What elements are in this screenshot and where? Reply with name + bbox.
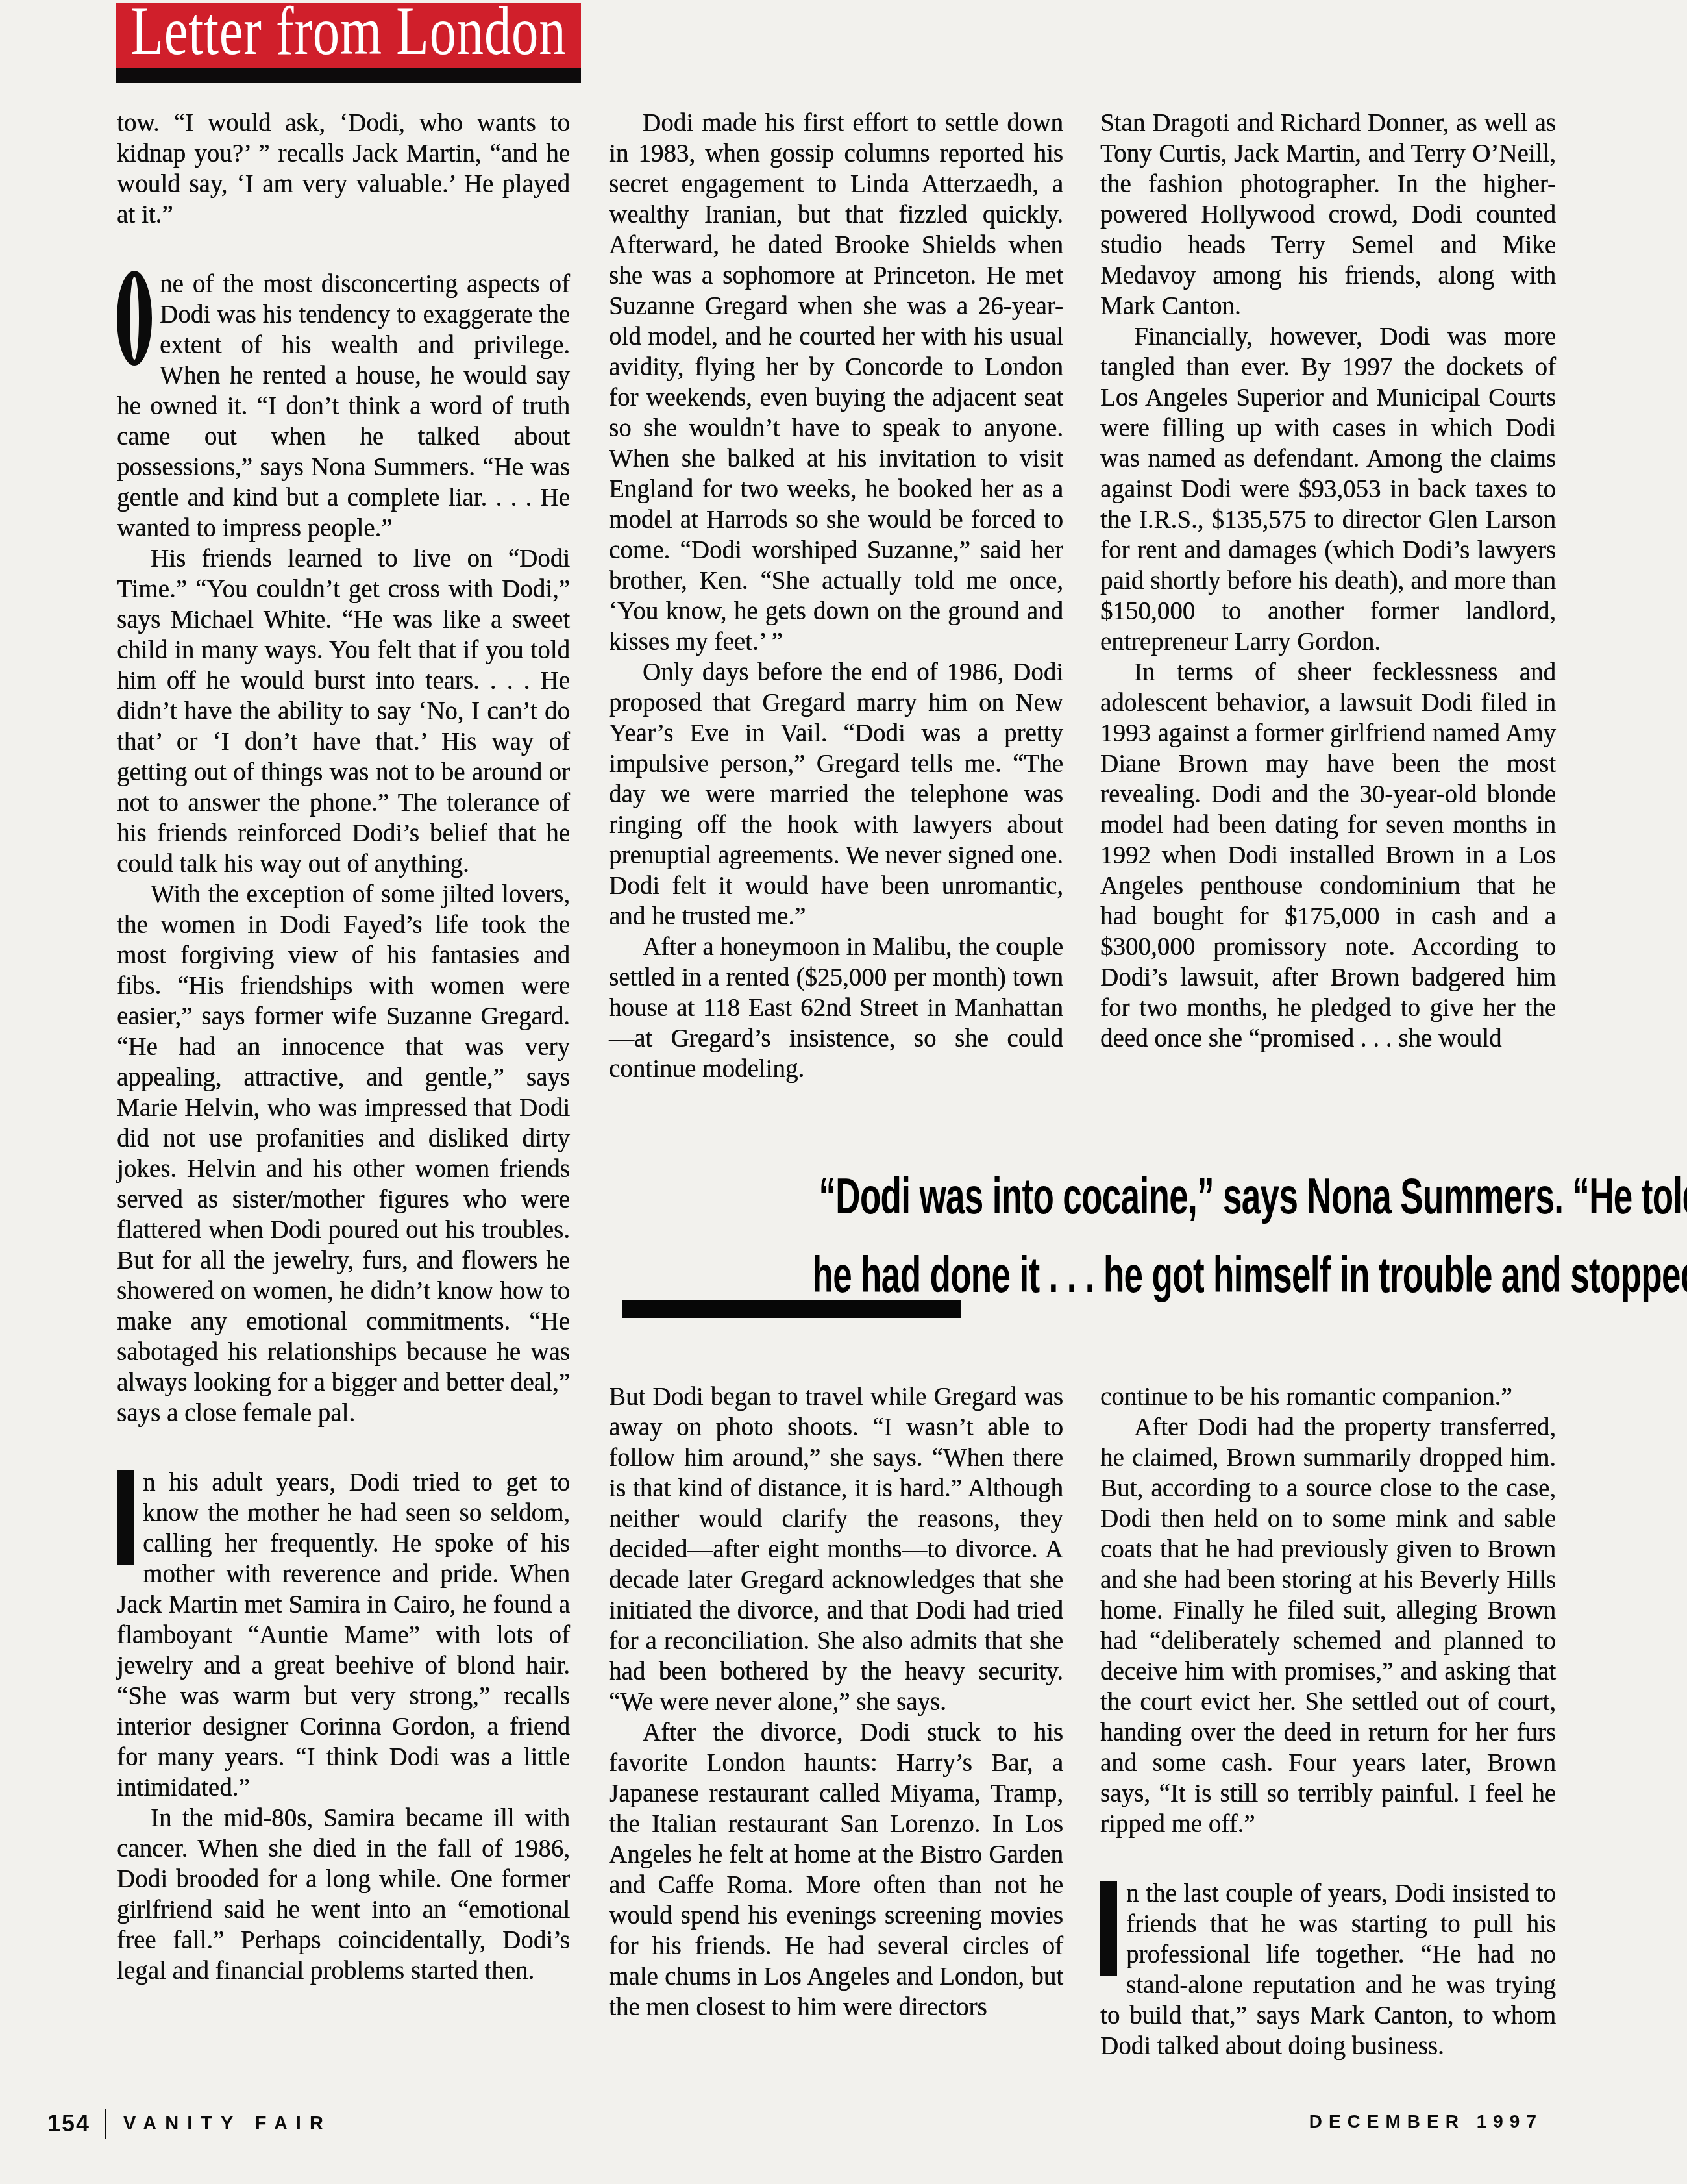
text-column-2-bottom: But Dodi began to travel while Gregard w…: [609, 1382, 1063, 2022]
paragraph: But Dodi began to travel while Gregard w…: [609, 1382, 1063, 1717]
magazine-name: VANITY FAIR: [123, 2113, 332, 2135]
paragraph: Financially, however, Dodi was more tang…: [1100, 321, 1556, 657]
paragraph: With the exception of some jilted lovers…: [117, 879, 570, 1428]
paragraph: After a honeymoon in Malibu, the couple …: [609, 932, 1063, 1084]
text-column-3-top: Stan Dragoti and Richard Donner, as well…: [1100, 108, 1556, 1054]
section-banner-red-box: Letter from London: [116, 3, 581, 68]
paragraph: tow. “I would ask, ‘Dodi, who wants to k…: [117, 108, 570, 230]
paragraph: Dodi made his first effort to settle dow…: [609, 108, 1063, 657]
text-column-2-top: Dodi made his first effort to settle dow…: [609, 108, 1063, 1084]
dropcap-letter-i: I: [117, 1470, 134, 1565]
paragraph: continue to be his romantic companion.”: [1100, 1382, 1556, 1412]
pull-quote: “Dodi was into cocaine,” says Nona Summe…: [597, 1164, 1571, 1321]
issue-date: DECEMBER 1997: [1309, 2111, 1543, 2132]
paragraph: In the mid-80s, Samira became ill with c…: [117, 1803, 570, 1986]
paragraph: After Dodi had the property transferred,…: [1100, 1412, 1556, 1839]
dropcap-letter-o: O: [117, 271, 152, 366]
paragraph: In terms of sheer fecklessness and adole…: [1100, 657, 1556, 1054]
magazine-page: Letter from London tow. “I would ask, ‘D…: [0, 0, 1687, 2184]
dropcap-letter-i: I: [1100, 1881, 1117, 1976]
paragraph-text: ne of the most disconcerting aspects of …: [117, 270, 570, 542]
paragraph-dropcap: In the last couple of years, Dodi insist…: [1100, 1878, 1556, 2061]
paragraph: After the divorce, Dodi stuck to his fav…: [609, 1717, 1063, 2022]
text-column-1: tow. “I would ask, ‘Dodi, who wants to k…: [117, 108, 570, 1986]
paragraph: Stan Dragoti and Richard Donner, as well…: [1100, 108, 1556, 321]
footer-divider: [105, 2109, 106, 2139]
paragraph-dropcap: In his adult years, Dodi tried to get to…: [117, 1467, 570, 1803]
section-title: Letter from London: [131, 3, 567, 68]
footer-left: 154 VANITY FAIR: [47, 2109, 332, 2139]
paragraph-dropcap: One of the most disconcerting aspects of…: [117, 269, 570, 543]
pull-quote-rule: [622, 1300, 961, 1318]
section-banner-black-rule: [116, 68, 581, 83]
section-banner: Letter from London: [116, 3, 581, 83]
paragraph: His friends learned to live on “Dodi Tim…: [117, 543, 570, 879]
page-number: 154: [47, 2110, 90, 2137]
paragraph: Only days before the end of 1986, Dodi p…: [609, 657, 1063, 932]
pull-quote-line-1: “Dodi was into cocaine,” says Nona Summe…: [597, 1164, 1571, 1243]
paragraph-text: n his adult years, Dodi tried to get to …: [117, 1469, 570, 1802]
paragraph-text: n the last couple of years, Dodi insiste…: [1100, 1880, 1556, 2060]
text-column-3-bottom: continue to be his romantic companion.” …: [1100, 1382, 1556, 2061]
